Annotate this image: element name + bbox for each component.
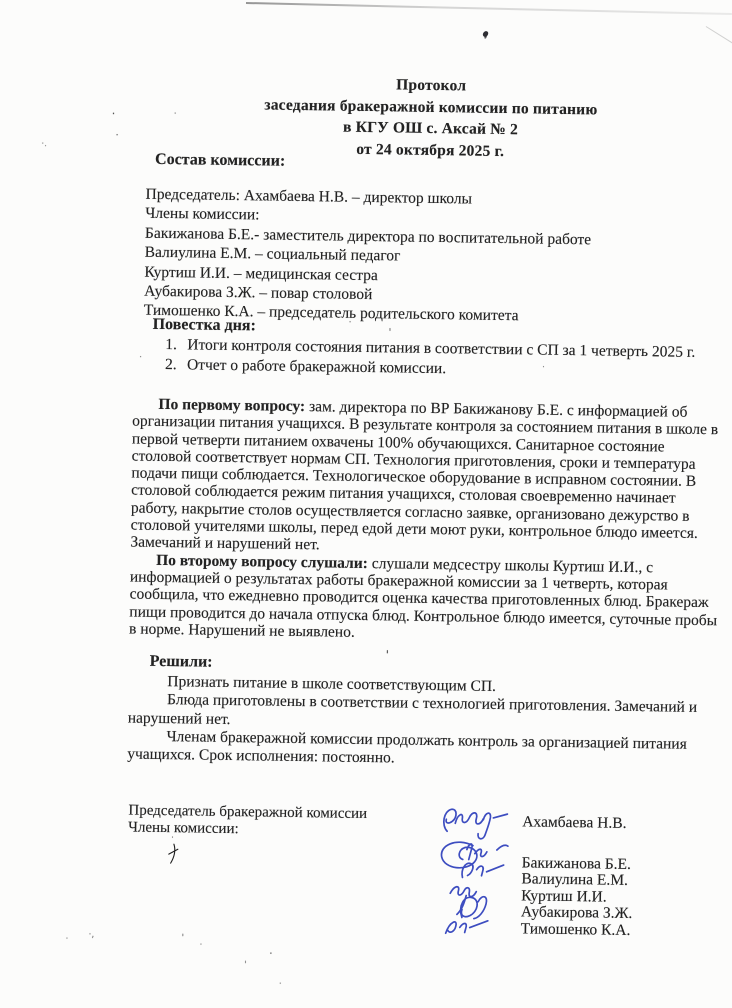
scan-speck: · bbox=[542, 363, 545, 373]
first-question-text: зам. директора по ВР Бакижанову Б.Е. с и… bbox=[130, 398, 718, 554]
agenda-item-number: 1. bbox=[165, 335, 187, 355]
agenda-item-text: Отчет о работе бракеражной комиссии. bbox=[187, 355, 446, 378]
scan-speck: · bbox=[139, 353, 142, 363]
decision-item: Членам бракеражной комиссии продолжать к… bbox=[127, 728, 717, 773]
scan-speck: ' bbox=[388, 327, 391, 338]
scan-speck: ' bbox=[386, 648, 389, 661]
minutes-body: По первому вопросу: зам. директора по ВР… bbox=[127, 396, 722, 773]
scan-speck: · bbox=[269, 949, 272, 960]
scan-speck: ·. bbox=[41, 139, 47, 149]
first-question-lead: По первому вопросу: bbox=[158, 396, 305, 415]
signature-stroke-aubakirova bbox=[461, 896, 487, 918]
second-question-paragraph: По второму вопросу слушали: слушали медс… bbox=[129, 551, 720, 646]
signature-stroke-bakizhanova bbox=[441, 842, 508, 869]
signature-stroke-akhambaeva bbox=[444, 809, 508, 839]
scan-speck: . bbox=[65, 932, 68, 942]
first-question-paragraph: По первому вопросу: зам. директора по ВР… bbox=[130, 396, 722, 560]
scan-speck: . bbox=[279, 977, 282, 987]
scan-speck: ' bbox=[244, 960, 247, 970]
scan-speck: . bbox=[199, 938, 202, 948]
signature-stroke-valiulina bbox=[462, 863, 504, 878]
signatory-name: Ахамбаева Н.В. bbox=[522, 814, 634, 832]
scan-speck: ·, bbox=[89, 930, 95, 940]
signatory-names: Ахамбаева Н.В. Бакижанова Б.Е. Валиулина… bbox=[521, 814, 634, 939]
agenda-list: 1. Итоги контроля состояния питания в со… bbox=[165, 335, 726, 382]
scan-speck: · bbox=[174, 109, 177, 119]
agenda-item-number: 2. bbox=[165, 355, 187, 375]
scan-speck: · bbox=[349, 318, 352, 328]
document-content: Протокол заседания бракеражной комиссии … bbox=[0, 0, 732, 1008]
handwritten-signatures bbox=[432, 801, 526, 942]
agenda-heading: Повестка дня: bbox=[153, 316, 256, 336]
scan-speck: . bbox=[112, 104, 116, 117]
signature-captions: Председатель бракеражной комиссии Члены … bbox=[128, 803, 367, 840]
scan-speck: · bbox=[171, 833, 174, 843]
signatory-name: Тимошенко К.А. bbox=[521, 921, 633, 939]
composition-list: Председатель: Ахамбаева Н.В. – директор … bbox=[144, 185, 726, 329]
scan-speck: ' bbox=[181, 933, 184, 943]
composition-heading: Состав комиссии: bbox=[155, 151, 285, 171]
signature-stroke-timoshenko bbox=[446, 920, 488, 934]
scanned-document-page: Протокол заседания бракеражной комиссии … bbox=[0, 0, 732, 1008]
scan-speck: . bbox=[115, 127, 118, 138]
pen-mark-artifact bbox=[167, 842, 181, 866]
